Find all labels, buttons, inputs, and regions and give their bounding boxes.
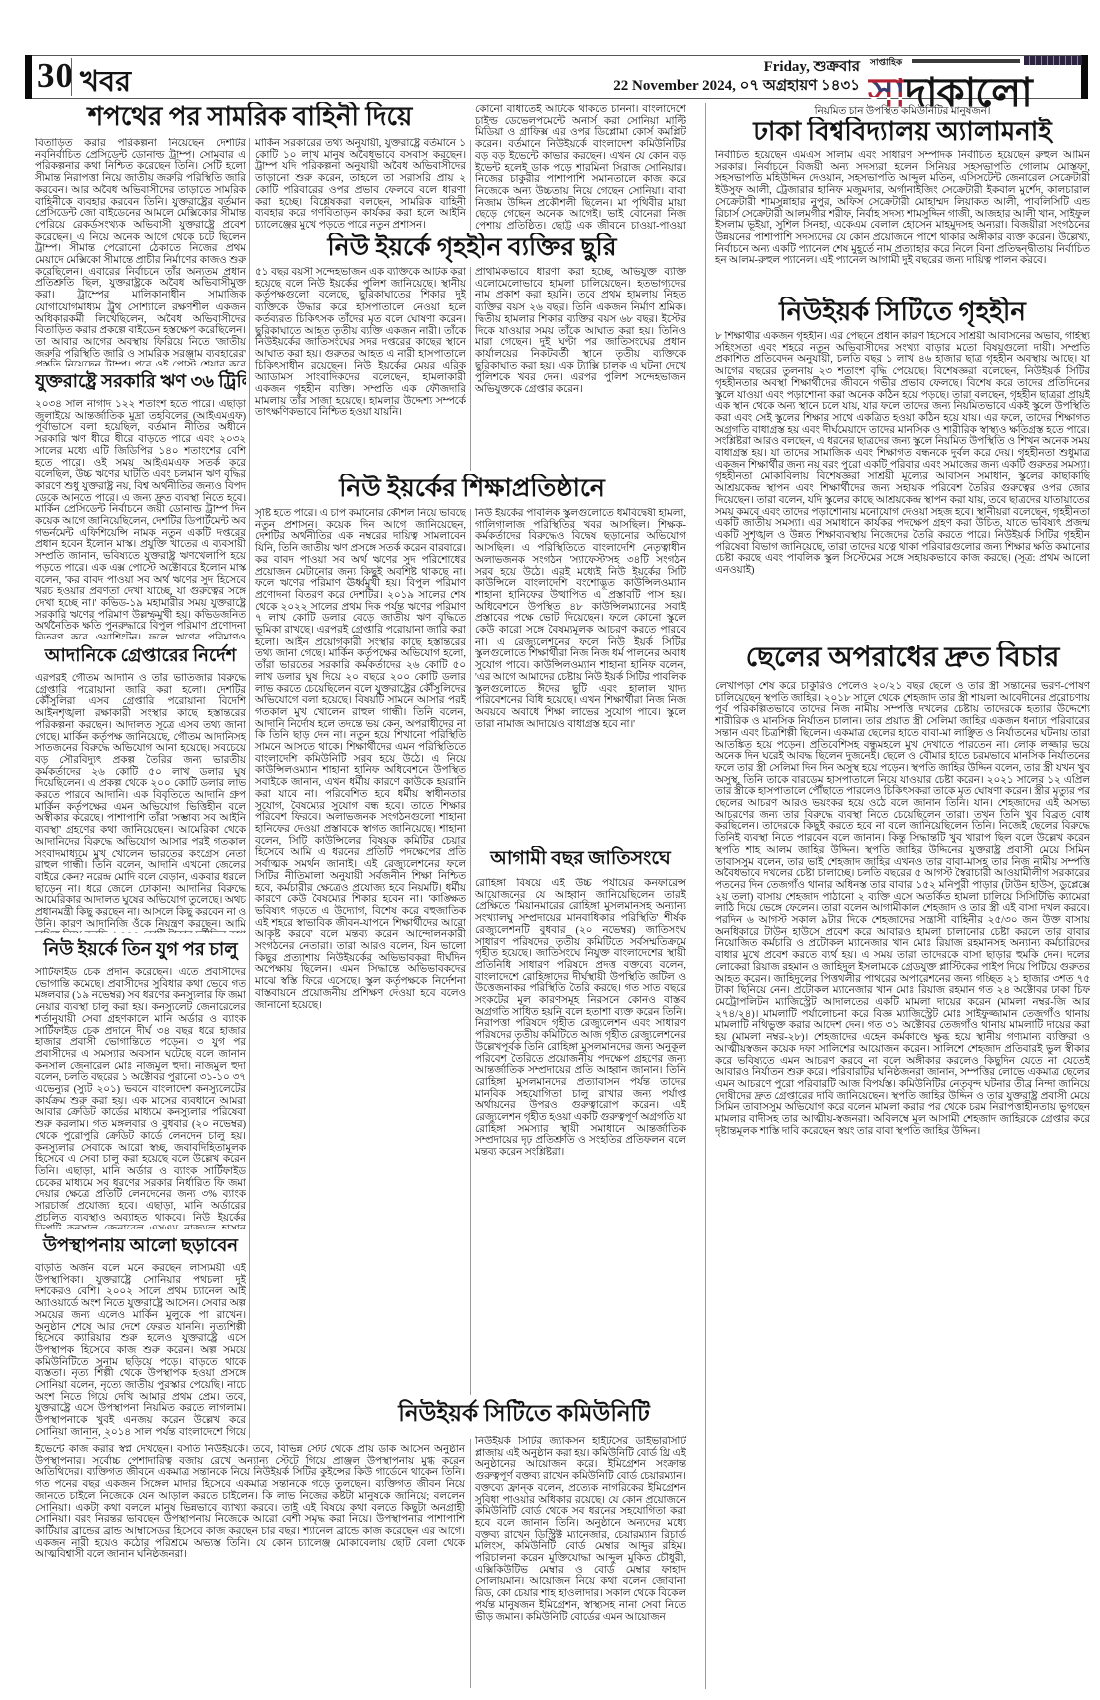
article-schools-col3: নিউ ইয়র্কের পাবলিক স্কুলগুলোতে ধর্মবিদ্…: [475, 508, 686, 842]
article-adani: এরপরই গৌতম আদানি ও তাঁর ভাতিজার বিরুদ্ধে…: [35, 673, 246, 933]
masthead-tagline-box: [1024, 56, 1082, 65]
column-rule-2c: [470, 509, 471, 1395]
article-trump-col1: বিতাড়িত করার পরিকল্পনা নিয়েছেন দেশটির …: [35, 138, 246, 366]
headline-stabbing: নিউ ইয়র্কে গৃহহীন ব্যক্তির ছুরি: [258, 233, 686, 263]
headline-alumni: ঢাকা বিশ্ববিদ্যালয় অ্যালামনাই: [715, 117, 1090, 147]
article-stabbing-col2: ৫১ বছর বয়সী সন্দেহভাজন এক ব্যক্তিকে আটক…: [255, 267, 466, 471]
headline-debt: যুক্তরাষ্ট্রে সরকারি ঋণ ৩৬ ট্রিলিয়ন: [35, 368, 246, 394]
header-left-bar: [25, 55, 32, 99]
article-consulate: সার্টিফাইড চেক প্রদান করেছেন। এতে প্রবাস…: [35, 967, 246, 1229]
date-block: Friday, শুক্রবার 22 November 2024, ০৭ অগ…: [560, 58, 860, 96]
headline-trump: শপথের পর সামরিক বাহিনী দিয়ে: [35, 102, 465, 132]
column-rule-1: [249, 138, 250, 1438]
date-line-1: Friday, শুক্রবার: [560, 58, 860, 77]
headline-adani: আদানিকে গ্রেপ্তারের নির্দেশ: [35, 642, 246, 668]
column-rule-2a: [470, 140, 471, 231]
headline-sonia: উপস্থাপনায় আলো ছড়াবেন: [35, 1232, 246, 1258]
date-line-2: 22 November 2024, ০৭ অগ্রহায়ণ ১৪৩১: [560, 77, 860, 96]
headline-homeless: নিউইয়র্ক সিটিতে গৃহহীন: [715, 297, 1090, 327]
article-debt: ২০৩৪ সাল নাগাদ ১২২ শতাংশ হতে পারে। এছাড়…: [35, 399, 246, 639]
article-stabbing-col3: প্রাথমিকভাবে ধারণা করা হচ্ছে, অভিযুক্ত ব…: [475, 267, 686, 471]
right-section-intro: নিয়মিত চান উপস্থিত কমিউনিটির মানুষজন।: [715, 104, 1090, 117]
article-homeless: ৮ শিক্ষার্থীর একজন গৃহহীন। এর পেছনে প্রধ…: [715, 331, 1090, 637]
newspaper-page: 30 খবর Friday, শুক্রবার 22 November 2024…: [0, 0, 1100, 1700]
article-sonia-wide: ইভেন্টে কাজ করার স্বপ্ন দেখছেন। বসতি নিউ…: [35, 1444, 465, 1658]
article-schools-col2: সৃষ্টি হতে পারে। এ চাপ কমানোর কৌশল নিয়ে…: [255, 508, 466, 1396]
headline-un: আগামী বছর জাতিসংঘে: [475, 846, 686, 872]
article-trump-col2: মার্কিন সরকারের তথ্য অনুযায়ী, যুক্তরাষ্…: [255, 138, 466, 230]
section-label: খবর: [80, 59, 131, 108]
headline-son: ছেলের অপরাধের দ্রুত বিচার: [715, 641, 1090, 675]
headline-consulate: নিউ ইয়র্কে তিন যুগ পর চালু: [35, 936, 246, 962]
column-rule-2b: [470, 267, 471, 471]
article-sonia-col1: বাড়তি অর্জন বলে মনে করছেন লাস্যময়ী এই …: [35, 1263, 246, 1439]
article-community: নিউইয়র্ক সিটির জ্যাকসন হাইটসের ডাইভারসি…: [475, 1436, 686, 1688]
column-rule-3: [705, 103, 706, 1689]
article-un: রোহিঙ্গা বিষয়ে এই উচ্চ পর্যায়ের কনফারে…: [475, 878, 686, 1396]
article-alumni: নির্বাচিত হয়েছেন এমএস সালাম এবং সাধারণ …: [715, 150, 1090, 296]
article-son: লেখাপড়া শেষ করে চাকুরিও পেলেও ২০/২১ বছর…: [715, 681, 1090, 1657]
column-rule-2d: [470, 1439, 471, 1688]
header-divider: [71, 58, 72, 96]
headline-schools: নিউ ইয়র্কের শিক্ষাপ্রতিষ্ঠানে: [258, 474, 686, 504]
page-number: 30: [37, 56, 74, 96]
masthead: সাপ্তাহিক সাদাকালো: [868, 55, 1083, 99]
headline-community: নিউইয়র্ক সিটিতে কমিউনিটি: [362, 1399, 686, 1429]
article-sonia-teaser: কোনো বাধাতেই আটকে থাকতে চাননা। বাংলাদেশে…: [475, 104, 686, 230]
